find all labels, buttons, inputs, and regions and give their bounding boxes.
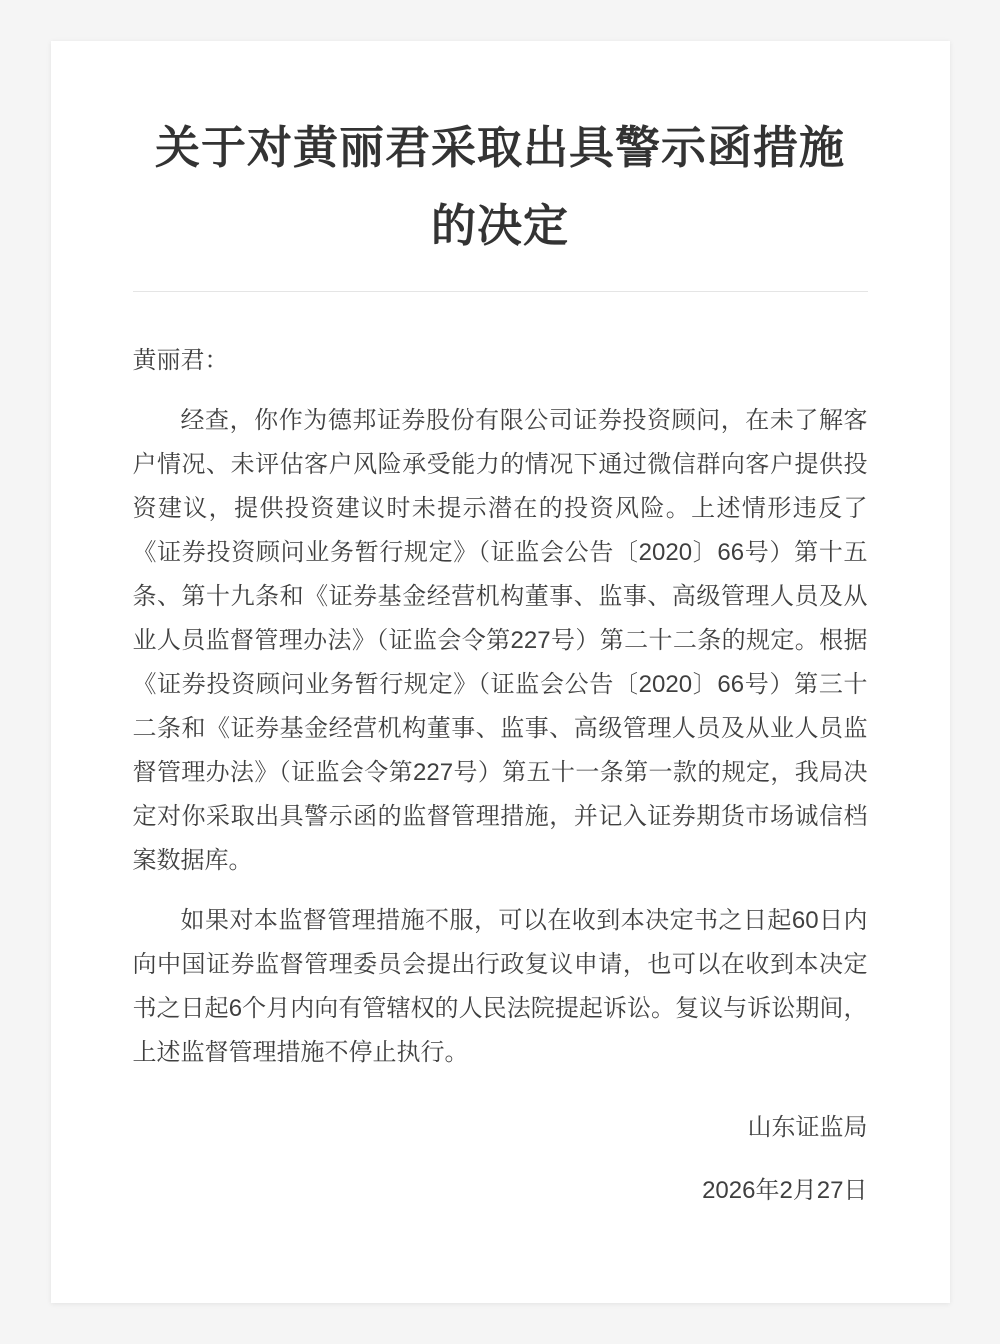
issue-date: 2026年2月27日 <box>133 1169 868 1213</box>
salutation: 黄丽君： <box>133 339 868 383</box>
title-divider <box>133 291 868 292</box>
paragraph-1: 经查，你作为德邦证券股份有限公司证券投资顾问，在未了解客户情况、未评估客户风险承… <box>133 399 868 883</box>
issuer-signature: 山东证监局 <box>133 1106 868 1150</box>
paragraph-2: 如果对本监督管理措施不服，可以在收到本决定书之日起60日内向中国证券监督管理委员… <box>133 899 868 1075</box>
page-background: 关于对黄丽君采取出具警示函措施的决定 黄丽君： 经查，你作为德邦证券股份有限公司… <box>0 41 1000 1303</box>
document-card: 关于对黄丽君采取出具警示函措施的决定 黄丽君： 经查，你作为德邦证券股份有限公司… <box>51 41 950 1303</box>
document-title: 关于对黄丽君采取出具警示函措施的决定 <box>133 109 868 265</box>
document-body: 黄丽君： 经查，你作为德邦证券股份有限公司证券投资顾问，在未了解客户情况、未评估… <box>133 339 868 1213</box>
